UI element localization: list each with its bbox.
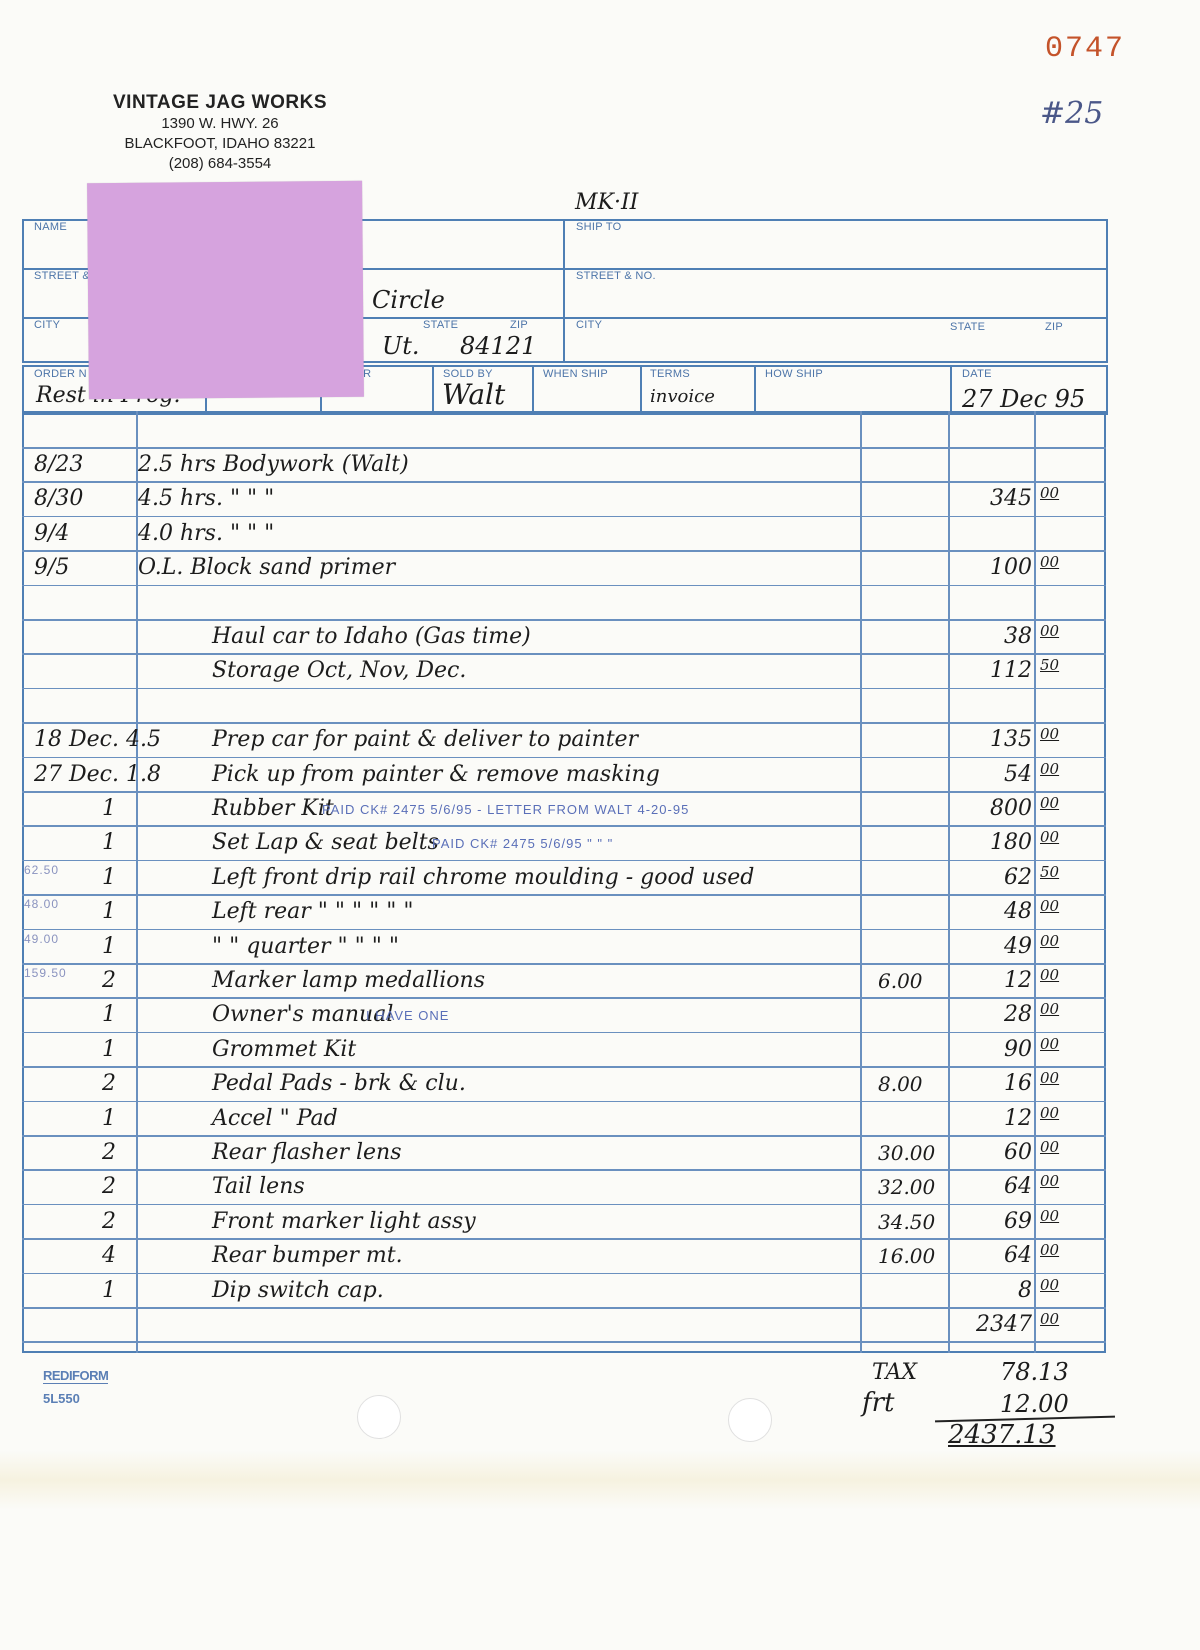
- label-state: STATE: [423, 319, 458, 331]
- description-cell: Grommet Kit: [212, 1037, 356, 1062]
- description-cell: 4.5 hrs. " " ": [138, 486, 274, 511]
- grand-total: 2437.13: [948, 1420, 1056, 1450]
- amount-cell: 2347: [976, 1312, 1032, 1337]
- amount-cell: 800: [990, 796, 1032, 821]
- table-row: 234700: [22, 1310, 1106, 1341]
- table-row: 1Rubber KitPAID CK# 2475 5/6/95 - LETTER…: [22, 794, 1106, 825]
- margin-note: 62.50: [24, 863, 59, 877]
- label-ship-zip: ZIP: [1045, 321, 1063, 333]
- qty-cell: 18 Dec. 4.5: [34, 727, 161, 752]
- amount-cell: 345: [990, 486, 1032, 511]
- unit-price-cell: 16.00: [878, 1244, 935, 1268]
- label-date: DATE: [962, 368, 992, 380]
- qty-cell: 2: [102, 1209, 116, 1234]
- amount-cell: 100: [990, 555, 1032, 580]
- description-cell: Tail lens: [212, 1174, 305, 1199]
- sold-to-state: Ut.: [382, 332, 420, 360]
- rediform-brand: REDIFORM: [43, 1368, 108, 1384]
- unit-price-cell: 30.00: [878, 1141, 935, 1165]
- model-note: MK·II: [575, 190, 638, 215]
- table-row: 1Dip switch cap.800: [22, 1276, 1106, 1307]
- date-value: 27 Dec 95: [962, 385, 1085, 413]
- table-row: 9/44.0 hrs. " " ": [22, 519, 1106, 550]
- tax-value: 78.13: [1000, 1358, 1069, 1386]
- annotation-note: I HAVE ONE: [366, 1008, 449, 1023]
- cents-cell: 00: [1040, 966, 1059, 984]
- label-ship-state: STATE: [950, 321, 985, 333]
- paper-stain: [0, 1450, 1200, 1510]
- table-row: 2Rear flasher lens30.006000: [22, 1138, 1106, 1169]
- description-cell: Prep car for paint & deliver to painter: [212, 727, 638, 752]
- description-cell: Rubber Kit: [212, 796, 334, 821]
- unit-price-cell: 6.00: [878, 969, 923, 993]
- cents-cell: 00: [1040, 1000, 1059, 1018]
- table-row: Storage Oct, Nov, Dec.11250: [22, 656, 1106, 687]
- qty-cell: 4: [102, 1243, 116, 1268]
- qty-cell: 8/30: [34, 486, 83, 511]
- cents-cell: 50: [1040, 863, 1059, 881]
- qty-cell: 2: [102, 968, 116, 993]
- description-cell: Accel " Pad: [212, 1106, 338, 1131]
- qty-cell: 8/23: [34, 452, 83, 477]
- table-row: [22, 691, 1106, 722]
- company-phone: (208) 684-3554: [95, 154, 345, 174]
- annotation-note: PAID CK# 2475 5/6/95 - LETTER FROM WALT …: [322, 802, 689, 817]
- table-row: 9/5O.L. Block sand primer10000: [22, 553, 1106, 584]
- amount-cell: 48: [1004, 899, 1032, 924]
- cents-cell: 00: [1040, 760, 1059, 778]
- amount-cell: 64: [1004, 1243, 1032, 1268]
- freight-label: frt: [862, 1388, 895, 1418]
- qty-cell: 1: [102, 796, 116, 821]
- cents-cell: 00: [1040, 1207, 1059, 1225]
- amount-cell: 8: [1018, 1278, 1032, 1303]
- table-row: 149.00" " quarter " " " "4900: [22, 932, 1106, 963]
- description-cell: Pedal Pads - brk & clu.: [212, 1071, 466, 1096]
- sold-to-zip: 84121: [460, 332, 536, 360]
- qty-cell: 2: [102, 1140, 116, 1165]
- form-code: 5L550: [43, 1391, 80, 1406]
- table-row: 2159.50Marker lamp medallions6.001200: [22, 966, 1106, 997]
- unit-price-cell: 34.50: [878, 1210, 935, 1234]
- cents-cell: 00: [1040, 932, 1059, 950]
- description-cell: Dip switch cap.: [212, 1278, 384, 1303]
- label-zip: ZIP: [510, 319, 528, 331]
- annotation-note: PAID CK# 2475 5/6/95 " " ": [432, 836, 613, 851]
- label-name: NAME: [34, 221, 67, 233]
- table-row: 8/304.5 hrs. " " "34500: [22, 484, 1106, 515]
- qty-cell: 1: [102, 1037, 116, 1062]
- amount-cell: 69: [1004, 1209, 1032, 1234]
- cents-cell: 00: [1040, 725, 1059, 743]
- table-row: 4Rear bumper mt.16.006400: [22, 1241, 1106, 1272]
- freight-value: 12.00: [1000, 1390, 1069, 1418]
- label-terms: TERMS: [650, 368, 690, 380]
- table-row: 1Accel " Pad1200: [22, 1104, 1106, 1135]
- amount-cell: 54: [1004, 762, 1032, 787]
- amount-cell: 90: [1004, 1037, 1032, 1062]
- table-row: 1Set Lap & seat beltsPAID CK# 2475 5/6/9…: [22, 828, 1106, 859]
- label-order-no: ORDER N: [34, 368, 87, 380]
- amount-cell: 28: [1004, 1002, 1032, 1027]
- table-row: 8/232.5 hrs Bodywork (Walt): [22, 450, 1106, 481]
- cents-cell: 00: [1040, 1035, 1059, 1053]
- table-row: 2Front marker light assy34.506900: [22, 1207, 1106, 1238]
- document-number: 0747: [1045, 32, 1125, 66]
- cents-cell: 00: [1040, 1069, 1059, 1087]
- description-cell: Pick up from painter & remove masking: [212, 762, 660, 787]
- label-city: CITY: [34, 319, 60, 331]
- description-cell: 2.5 hrs Bodywork (Walt): [138, 452, 409, 477]
- amount-cell: 180: [990, 830, 1032, 855]
- table-row: 2Pedal Pads - brk & clu.8.001600: [22, 1069, 1106, 1100]
- amount-cell: 12: [1004, 968, 1032, 993]
- company-address-2: BLACKFOOT, IDAHO 83221: [95, 134, 345, 154]
- unit-price-cell: 32.00: [878, 1175, 935, 1199]
- table-row: 162.50Left front drip rail chrome mouldi…: [22, 863, 1106, 894]
- table-row: 2Tail lens32.006400: [22, 1172, 1106, 1203]
- description-cell: Haul car to Idaho (Gas time): [212, 624, 531, 649]
- cents-cell: 00: [1040, 1276, 1059, 1294]
- amount-cell: 16: [1004, 1071, 1032, 1096]
- cents-cell: 00: [1040, 828, 1059, 846]
- table-row: [22, 588, 1106, 619]
- table-row: 1Owner's manualI HAVE ONE2800: [22, 1000, 1106, 1031]
- table-row: 27 Dec. 1.8Pick up from painter & remove…: [22, 760, 1106, 791]
- handwritten-number: #25: [1040, 96, 1103, 131]
- margin-note: 48.00: [24, 897, 59, 911]
- label-how-ship: HOW SHIP: [765, 368, 823, 380]
- line-items-table: 8/232.5 hrs Bodywork (Walt)8/304.5 hrs. …: [22, 411, 1106, 1353]
- margin-note: 159.50: [24, 966, 67, 980]
- description-cell: " " quarter " " " ": [212, 934, 399, 959]
- description-cell: Rear bumper mt.: [212, 1243, 403, 1268]
- label-when-ship: WHEN SHIP: [543, 368, 608, 380]
- description-cell: Front marker light assy: [212, 1209, 476, 1234]
- qty-cell: 1: [102, 830, 116, 855]
- amount-cell: 49: [1004, 934, 1032, 959]
- qty-cell: 1: [102, 1002, 116, 1027]
- sold-to-street: Circle: [372, 286, 445, 314]
- table-row: Haul car to Idaho (Gas time)3800: [22, 622, 1106, 653]
- amount-cell: 62: [1004, 865, 1032, 890]
- amount-cell: 60: [1004, 1140, 1032, 1165]
- description-cell: 4.0 hrs. " " ": [138, 521, 274, 546]
- qty-cell: 27 Dec. 1.8: [34, 762, 161, 787]
- label-ship-street: STREET & NO.: [576, 270, 656, 282]
- label-ship-to: SHIP TO: [576, 221, 622, 233]
- cents-cell: 00: [1040, 1172, 1059, 1190]
- qty-cell: 1: [102, 1278, 116, 1303]
- cents-cell: 00: [1040, 897, 1059, 915]
- cents-cell: 00: [1040, 553, 1059, 571]
- table-row: 148.00Left rear " " " " " "4800: [22, 897, 1106, 928]
- qty-cell: 1: [102, 1106, 116, 1131]
- description-cell: O.L. Block sand primer: [138, 555, 395, 580]
- qty-cell: 2: [102, 1071, 116, 1096]
- amount-cell: 12: [1004, 1106, 1032, 1131]
- cents-cell: 00: [1040, 622, 1059, 640]
- amount-cell: 64: [1004, 1174, 1032, 1199]
- description-cell: Left rear " " " " " ": [212, 899, 413, 924]
- description-cell: Storage Oct, Nov, Dec.: [212, 658, 466, 683]
- cents-cell: 50: [1040, 656, 1059, 674]
- punch-hole-right: [728, 1398, 772, 1442]
- description-cell: Rear flasher lens: [212, 1140, 402, 1165]
- amount-cell: 38: [1004, 624, 1032, 649]
- margin-note: 49.00: [24, 932, 59, 946]
- cents-cell: 00: [1040, 1138, 1059, 1156]
- company-address-1: 1390 W. HWY. 26: [95, 114, 345, 134]
- qty-cell: 9/4: [34, 521, 69, 546]
- cents-cell: 00: [1040, 484, 1059, 502]
- qty-cell: 1: [102, 899, 116, 924]
- table-row: 18 Dec. 4.5Prep car for paint & deliver …: [22, 725, 1106, 756]
- cents-cell: 00: [1040, 1104, 1059, 1122]
- tax-label: TAX: [872, 1360, 917, 1385]
- terms-value: invoice: [650, 386, 715, 407]
- qty-cell: 9/5: [34, 555, 69, 580]
- qty-cell: 1: [102, 865, 116, 890]
- label-ship-city: CITY: [576, 319, 602, 331]
- qty-cell: 1: [102, 934, 116, 959]
- cents-cell: 00: [1040, 1310, 1059, 1328]
- company-block: VINTAGE JAG WORKS 1390 W. HWY. 26 BLACKF…: [95, 92, 345, 174]
- description-cell: Set Lap & seat belts: [212, 830, 439, 855]
- company-name: VINTAGE JAG WORKS: [95, 92, 345, 114]
- qty-cell: 2: [102, 1174, 116, 1199]
- description-cell: Left front drip rail chrome moulding - g…: [212, 865, 754, 890]
- table-row: 1Grommet Kit9000: [22, 1035, 1106, 1066]
- description-cell: Marker lamp medallions: [212, 968, 485, 993]
- amount-cell: 112: [990, 658, 1032, 683]
- punch-hole-left: [357, 1395, 401, 1439]
- cents-cell: 00: [1040, 1241, 1059, 1259]
- cents-cell: 00: [1040, 794, 1059, 812]
- unit-price-cell: 8.00: [878, 1072, 923, 1096]
- amount-cell: 135: [990, 727, 1032, 752]
- sold-by-value: Walt: [442, 378, 505, 411]
- sticky-note-redaction: [87, 181, 364, 399]
- label-street: STREET &: [34, 270, 90, 282]
